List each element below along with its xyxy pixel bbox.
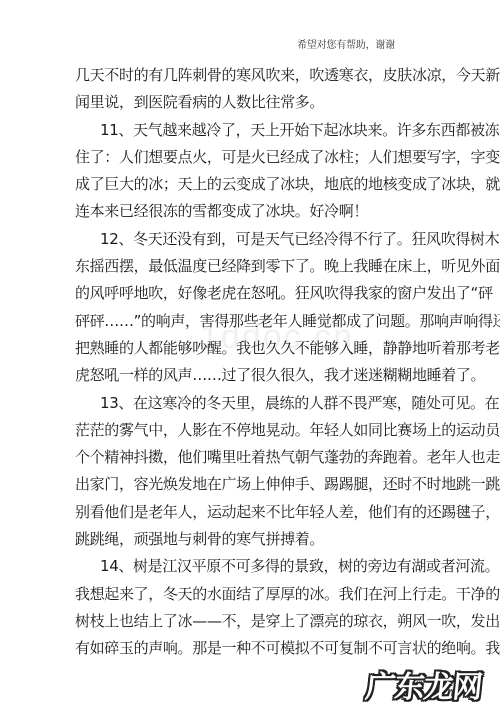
text-line: 14、树是江汉平原不可多得的景致，树的旁边有湖或者河流。 [75,553,420,580]
text-line: 树枝上也结上了冰——不，是穿上了漂亮的琼衣，朔风一吹，发出 [75,608,420,635]
text-line: 个个精神抖擞，他们嘴里吐着热气朝气蓬勃的奔跑着。老年人也走 [75,444,420,471]
document-body: 几天不时的有几阵刺骨的寒风吹来，吹透寒衣，皮肤冰凉，今天新 闻里说，到医院看病的… [75,62,420,663]
text-line: 12、冬天还没有到，可是天气已经冷得不行了。狂风吹得树木 [75,226,420,253]
text-line: 13、在这寒冷的冬天里，晨练的人群不畏严寒，随处可见。在 [75,390,420,417]
header-note: 希望对您有帮助，谢谢 [297,36,395,51]
text-line: 茫茫的雾气中，人影在不停地晃动。年轻人如同比赛场上的运动员， [75,417,420,444]
paragraph-12: 12、冬天还没有到，可是天气已经冷得不行了。狂风吹得树木 东摇西摆，最低温度已经… [75,226,420,390]
text-line: 跳跳绳，顽强地与刺骨的寒气拼搏着。 [75,526,420,553]
site-logo: 广东龙网 [364,662,485,706]
text-line: 东摇西摆，最低温度已经降到零下了。晚上我睡在床上，听见外面 [75,253,420,280]
paragraph-continuation: 几天不时的有几阵刺骨的寒风吹来，吹透寒衣，皮肤冰凉，今天新 闻里说，到医院看病的… [75,62,420,117]
text-line: 别看他们是老年人，运动起来不比年轻人差，他们有的还踢毽子， [75,499,420,526]
text-line: 砰砰……”的响声，害得那些老年人睡觉都成了问题。那响声响得还 [75,308,420,335]
text-line: 成了巨大的冰；天上的云变成了冰块，地底的地核变成了冰块，就 [75,171,420,198]
text-line: 11、天气越来越冷了，天上开始下起冰块来。许多东西都被冻 [75,117,420,144]
text-line: 有如碎玉的声响。那是一种不可模拟不可复制不可言状的绝响。我 [75,635,420,662]
paragraph-14: 14、树是江汉平原不可多得的景致，树的旁边有湖或者河流。 我想起来了，冬天的水面… [75,553,420,662]
text-line: 出家门，容光焕发地在广场上伸伸手、踢踢腿，还时不时地跳一跳。 [75,471,420,498]
text-line: 我想起来了，冬天的水面结了厚厚的冰。我们在河上行走。干净的 [75,581,420,608]
text-line: 连本来已经很冻的雪都变成了冰块。好冷啊！ [75,198,420,225]
text-line: 把熟睡的人都能够吵醒。我也久久不能够入睡，静静地听着那考老 [75,335,420,362]
paragraph-11: 11、天气越来越冷了，天上开始下起冰块来。许多东西都被冻 住了：人们想要点火，可… [75,117,420,226]
paragraph-13: 13、在这寒冷的冬天里，晨练的人群不畏严寒，随处可见。在 茫茫的雾气中，人影在不… [75,390,420,554]
text-line: 几天不时的有几阵刺骨的寒风吹来，吹透寒衣，皮肤冰凉，今天新 [75,62,420,89]
text-line: 住了：人们想要点火，可是火已经成了冰柱；人们想要写字，字变 [75,144,420,171]
text-line: 的风呼呼地吹，好像老虎在怒吼。狂风吹得我家的窗户发出了“砰 [75,280,420,307]
text-line: 虎怒吼一样的风声……过了很久很久，我才迷迷糊糊地睡着了。 [75,362,420,389]
text-line: 闻里说，到医院看病的人数比往常多。 [75,89,420,116]
